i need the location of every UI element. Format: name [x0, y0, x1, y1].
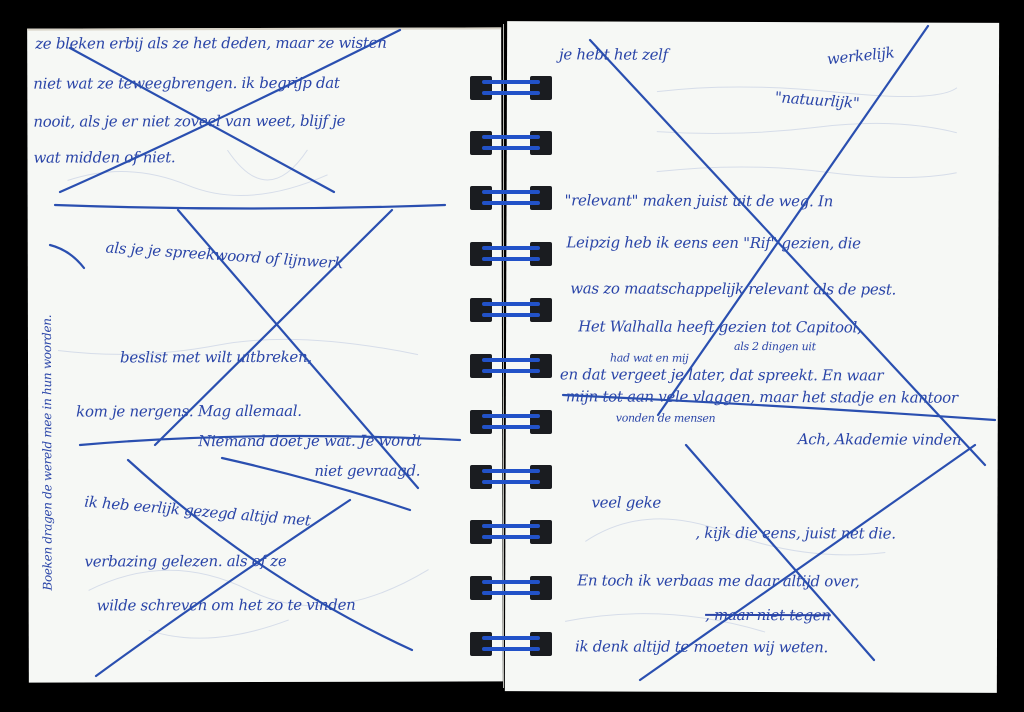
handwritten-line: kom je nergens. Mag allemaal.	[76, 402, 302, 421]
spiral-ring	[470, 576, 552, 600]
handwritten-line: was zo maatschappelijk relevant als de p…	[570, 279, 896, 298]
handwritten-line: En toch ik verbaas me daar altijd over,	[577, 571, 859, 590]
handwritten-struck-line: , maar niet tegen	[705, 606, 831, 624]
handwritten-line: "relevant" maken juist uit de weg. In	[565, 191, 833, 210]
handwritten-line: mijn tot aan vele vlaggen, maar het stad…	[566, 387, 958, 406]
vertical-margin-note: Boeken dragen de wereld mee in hun woord…	[40, 315, 55, 591]
spiral-ring	[470, 76, 552, 100]
handwritten-line: niet gevraagd.	[314, 462, 420, 480]
handwritten-insertion: vonden de mensen	[616, 412, 716, 425]
spiral-ring	[470, 632, 552, 656]
handwritten-line: ze bleken erbij als ze het deden, maar z…	[35, 34, 386, 53]
spiral-ring	[470, 131, 552, 155]
handwritten-line: verbazing gelezen. als of ze	[85, 552, 287, 571]
handwritten-line: beslist met wilt uitbreken,	[120, 348, 312, 367]
bleed-through-ghost-writing	[505, 21, 999, 693]
left-notebook-page: ze bleken erbij als ze het deden, maar z…	[27, 27, 503, 682]
handwritten-line: ik denk altijd te moeten wij weten.	[575, 637, 828, 656]
handwritten-line: Het Walhalla heeft gezien tot Capitool,	[578, 317, 861, 336]
handwritten-line: en dat vergeet je later, dat spreekt. En…	[560, 365, 883, 384]
handwritten-line: je hebt het zelf	[559, 45, 668, 63]
spiral-ring	[470, 520, 552, 544]
spiral-ring	[470, 242, 552, 266]
handwritten-line: wilde schreven om het zo te vinden	[97, 596, 356, 615]
right-notebook-page: je hebt het zelf werkelijk "natuurlijk" …	[505, 21, 999, 693]
spiral-ring	[470, 354, 552, 378]
spiral-ring	[470, 186, 552, 210]
spiral-ring	[470, 465, 552, 489]
handwritten-line: niet wat ze teweegbrengen. ik begrijp da…	[33, 74, 339, 93]
handwritten-line: Leipzig heb ik eens een "Rif" gezien, di…	[566, 233, 860, 252]
handwritten-insertion: als 2 dingen uit	[734, 340, 816, 353]
handwritten-line: veel geke	[591, 493, 661, 511]
handwritten-line: Niemand doet je wat. Je wordt	[198, 432, 422, 451]
handwritten-insertion: had wat en mij	[610, 352, 688, 365]
spiral-ring	[470, 410, 552, 434]
handwritten-line: Ach, Akademie vinden	[798, 430, 962, 449]
handwritten-line: wat midden of niet.	[33, 148, 175, 166]
handwritten-line: , kijk die eens, juist net die.	[695, 524, 895, 543]
spiral-ring	[470, 298, 552, 322]
handwritten-line: nooit, als je er niet zoveel van weet, b…	[33, 112, 345, 131]
